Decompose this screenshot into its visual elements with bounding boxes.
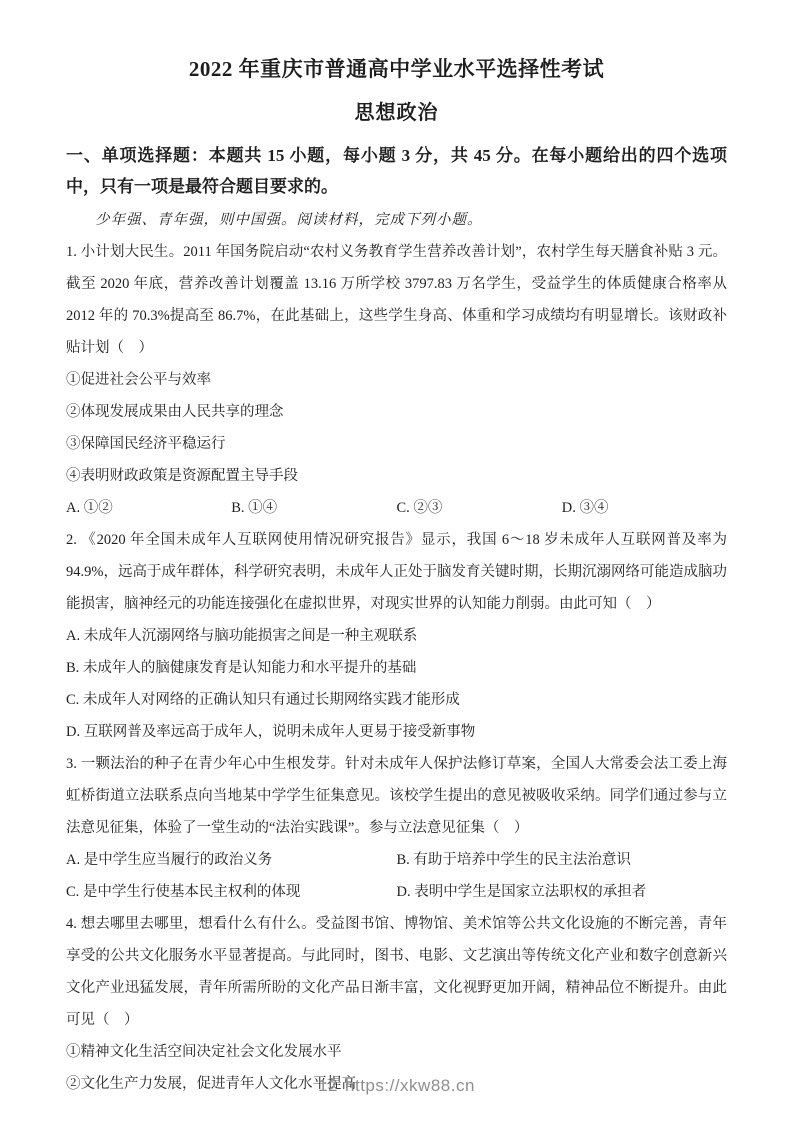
question-1-choice-b: B. ①④ [231,492,396,524]
question-1-statement-3: ③保障国民经济平稳运行 [66,428,727,460]
page-title: 2022 年重庆市普通高中学业水平选择性考试 [66,54,727,84]
section-heading: 一、单项选择题：本题共 15 小题，每小题 3 分，共 45 分。在每小题给出的… [66,140,727,202]
question-4: 4. 想去哪里去哪里，想看什么有什么。受益图书馆、博物馆、美术馆等公共文化设施的… [66,908,727,1100]
question-3-body: 3. 一颗法治的种子在青少年心中生根发芽。针对未成年人保护法修订草案，全国人大常… [66,748,727,844]
exam-paper-page: 2022 年重庆市普通高中学业水平选择性考试 思想政治 一、单项选择题：本题共 … [0,0,793,1100]
question-4-body: 4. 想去哪里去哪里，想看什么有什么。受益图书馆、博物馆、美术馆等公共文化设施的… [66,908,727,1036]
question-2-body: 2. 《2020 年全国未成年人互联网使用情况研究报告》显示，我国 6～18 岁… [66,524,727,620]
question-1: 1. 小计划大民生。2011 年国务院启动“农村义务教育学生营养改善计划”，农村… [66,236,727,524]
page-number: 12 [318,1076,338,1095]
question-1-statement-4: ④表明财政政策是资源配置主导手段 [66,460,727,492]
question-3-choice-a: A. 是中学生应当履行的政治义务 [66,844,397,876]
question-1-statement-2: ②体现发展成果由人民共享的理念 [66,396,727,428]
question-2-choice-b: B. 未成年人的脑健康发育是认知能力和水平提升的基础 [66,652,727,684]
question-1-choice-c: C. ②③ [397,492,562,524]
footer-url: https://xkw88.cn [345,1076,475,1095]
question-1-body: 1. 小计划大民生。2011 年国务院启动“农村义务教育学生营养改善计划”，农村… [66,236,727,364]
question-2: 2. 《2020 年全国未成年人互联网使用情况研究报告》显示，我国 6～18 岁… [66,524,727,748]
question-2-choice-d: D. 互联网普及率远高于成年人，说明未成年人更易于接受新事物 [66,716,727,748]
question-3-choices: A. 是中学生应当履行的政治义务 B. 有助于培养中学生的民主法治意识 C. 是… [66,844,727,908]
page-footer: 12https://xkw88.cn [0,1076,793,1096]
question-2-choice-a: A. 未成年人沉溺网络与脑功能损害之间是一种主观联系 [66,620,727,652]
question-3-choice-c: C. 是中学生行使基本民主权利的体现 [66,876,397,908]
question-1-choice-d: D. ③④ [562,492,727,524]
question-3: 3. 一颗法治的种子在青少年心中生根发芽。针对未成年人保护法修订草案，全国人大常… [66,748,727,908]
intro-text: 少年强、青年强，则中国强。阅读材料，完成下列小题。 [66,204,727,236]
question-1-choice-a: A. ①② [66,492,231,524]
question-3-choice-d: D. 表明中学生是国家立法职权的承担者 [397,876,728,908]
page-subtitle: 思想政治 [66,98,727,128]
question-2-choice-c: C. 未成年人对网络的正确认知只有通过长期网络实践才能形成 [66,684,727,716]
question-1-statement-1: ①促进社会公平与效率 [66,364,727,396]
question-4-statement-1: ①精神文化生活空间决定社会文化发展水平 [66,1036,727,1068]
question-3-choice-b: B. 有助于培养中学生的民主法治意识 [397,844,728,876]
question-1-choices: A. ①② B. ①④ C. ②③ D. ③④ [66,492,727,524]
